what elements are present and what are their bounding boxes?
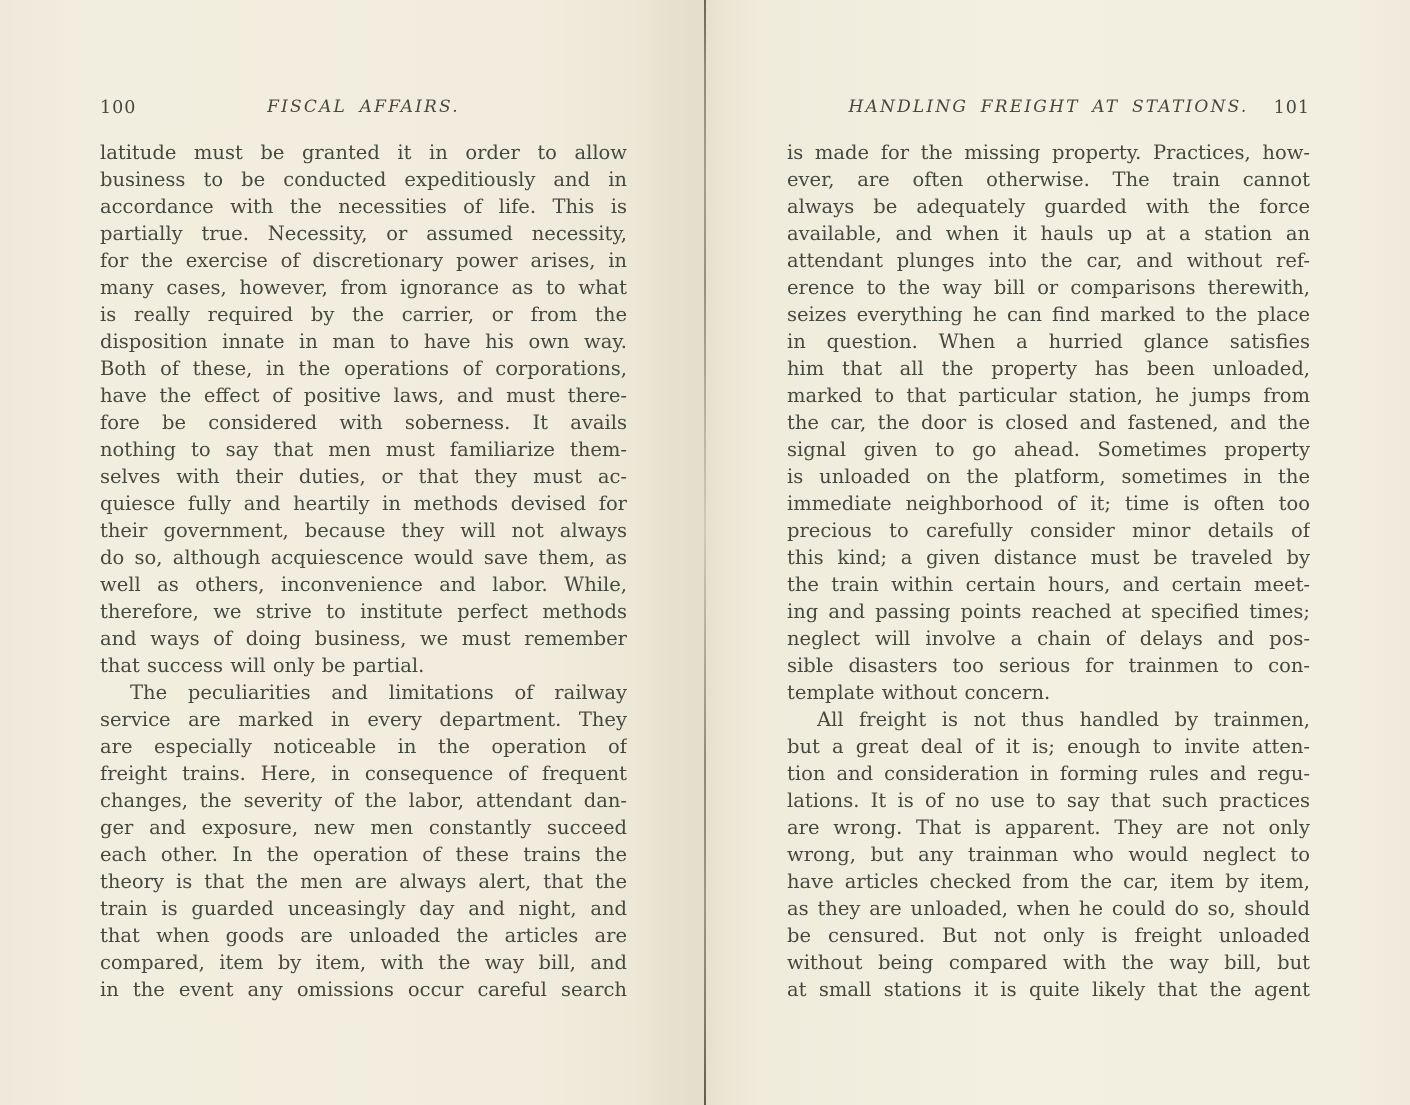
text-line: immediate neighborhood of it; time is of… xyxy=(787,490,1310,517)
text-line: at small stations it is quite likely tha… xyxy=(787,976,1310,1003)
text-line: seizes everything he can find marked to … xyxy=(787,301,1310,328)
text-line: ing and passing points reached at specif… xyxy=(787,598,1310,625)
text-line: ger and exposure, new men constantly suc… xyxy=(100,814,627,841)
text-line: have articles checked from the car, item… xyxy=(787,868,1310,895)
text-line: is really required by the carrier, or fr… xyxy=(100,301,627,328)
text-line: Both of these, in the operations of corp… xyxy=(100,355,627,382)
book-gutter-fold xyxy=(704,0,706,1105)
text-line: in the event any omissions occur careful… xyxy=(100,976,627,1003)
paragraph: is made for the missing property. Practi… xyxy=(787,139,1310,706)
text-line: and ways of doing business, we must reme… xyxy=(100,625,627,652)
text-line: tion and consideration in forming rules … xyxy=(787,760,1310,787)
text-line: compared, item by item, with the way bil… xyxy=(100,949,627,976)
text-line: fore be considered with soberness. It av… xyxy=(100,409,627,436)
text-line: as they are unloaded, when he could do s… xyxy=(787,895,1310,922)
text-line: accordance with the necessities of life.… xyxy=(100,193,627,220)
paragraph: latitude must be granted it in order to … xyxy=(100,139,627,679)
text-line: nothing to say that men must familiarize… xyxy=(100,436,627,463)
text-line: in question. When a hurried glance satis… xyxy=(787,328,1310,355)
text-line: wrong, but any trainman who would neglec… xyxy=(787,841,1310,868)
text-line: precious to carefully consider minor det… xyxy=(787,517,1310,544)
text-line: sible disasters too serious for trainmen… xyxy=(787,652,1310,679)
text-line: their government, because they will not … xyxy=(100,517,627,544)
running-head-left: 100 FISCAL AFFAIRS. xyxy=(100,97,627,121)
text-line: partially true. Necessity, or assumed ne… xyxy=(100,220,627,247)
text-line: attendant plunges into the car, and with… xyxy=(787,247,1310,274)
text-line: changes, the severity of the labor, atte… xyxy=(100,787,627,814)
text-line: him that all the property has been unloa… xyxy=(787,355,1310,382)
text-line: for the exercise of discretionary power … xyxy=(100,247,627,274)
text-line: ever, are often otherwise. The train can… xyxy=(787,166,1310,193)
text-line: template without concern. xyxy=(787,679,1310,706)
text-line: lations. It is of no use to say that suc… xyxy=(787,787,1310,814)
text-line: neglect will involve a chain of delays a… xyxy=(787,625,1310,652)
text-line: each other. In the operation of these tr… xyxy=(100,841,627,868)
text-line: the car, the door is closed and fastened… xyxy=(787,409,1310,436)
book-spread: 100 FISCAL AFFAIRS. latitude must be gra… xyxy=(0,0,1410,1105)
text-line: that when goods are unloaded the article… xyxy=(100,922,627,949)
text-line: erence to the way bill or comparisons th… xyxy=(787,274,1310,301)
running-title-left: FISCAL AFFAIRS. xyxy=(100,97,627,117)
text-line: are especially noticeable in the operati… xyxy=(100,733,627,760)
text-line: be censured. But not only is freight unl… xyxy=(787,922,1310,949)
text-line: is made for the missing property. Practi… xyxy=(787,139,1310,166)
text-line: latitude must be granted it in order to … xyxy=(100,139,627,166)
text-line: the train within certain hours, and cert… xyxy=(787,571,1310,598)
text-line: signal given to go ahead. Sometimes prop… xyxy=(787,436,1310,463)
text-line: marked to that particular station, he ju… xyxy=(787,382,1310,409)
page-number-right: 101 xyxy=(1274,98,1310,118)
running-head-right: HANDLING FREIGHT AT STATIONS. 101 xyxy=(787,97,1310,121)
text-line: selves with their duties, or that they m… xyxy=(100,463,627,490)
text-line: freight trains. Here, in consequence of … xyxy=(100,760,627,787)
text-line: service are marked in every department. … xyxy=(100,706,627,733)
text-line: this kind; a given distance must be trav… xyxy=(787,544,1310,571)
text-line: many cases, however, from ignorance as t… xyxy=(100,274,627,301)
text-line: that success will only be partial. xyxy=(100,652,627,679)
text-line: train is guarded unceasingly day and nig… xyxy=(100,895,627,922)
running-title-right: HANDLING FREIGHT AT STATIONS. xyxy=(787,97,1310,117)
text-line: is unloaded on the platform, sometimes i… xyxy=(787,463,1310,490)
page-right: HANDLING FREIGHT AT STATIONS. 101 is mad… xyxy=(787,0,1310,1105)
text-line: quiesce fully and heartily in methods de… xyxy=(100,490,627,517)
paragraph: All freight is not thus handled by train… xyxy=(787,706,1310,1003)
text-line: well as others, inconvenience and labor.… xyxy=(100,571,627,598)
text-line: therefore, we strive to institute perfec… xyxy=(100,598,627,625)
page-left: 100 FISCAL AFFAIRS. latitude must be gra… xyxy=(100,0,627,1105)
page-body-right: is made for the missing property. Practi… xyxy=(787,139,1310,1003)
text-line: without being compared with the way bill… xyxy=(787,949,1310,976)
paragraph: The peculiarities and limitations of rai… xyxy=(100,679,627,1003)
text-line: have the effect of positive laws, and mu… xyxy=(100,382,627,409)
text-line: but a great deal of it is; enough to inv… xyxy=(787,733,1310,760)
text-line: always be adequately guarded with the fo… xyxy=(787,193,1310,220)
text-line: theory is that the men are always alert,… xyxy=(100,868,627,895)
text-line: business to be conducted expeditiously a… xyxy=(100,166,627,193)
text-line: All freight is not thus handled by train… xyxy=(787,706,1310,733)
text-line: The peculiarities and limitations of rai… xyxy=(100,679,627,706)
text-line: disposition innate in man to have his ow… xyxy=(100,328,627,355)
page-body-left: latitude must be granted it in order to … xyxy=(100,139,627,1003)
text-line: are wrong. That is apparent. They are no… xyxy=(787,814,1310,841)
text-line: available, and when it hauls up at a sta… xyxy=(787,220,1310,247)
text-line: do so, although acquiescence would save … xyxy=(100,544,627,571)
